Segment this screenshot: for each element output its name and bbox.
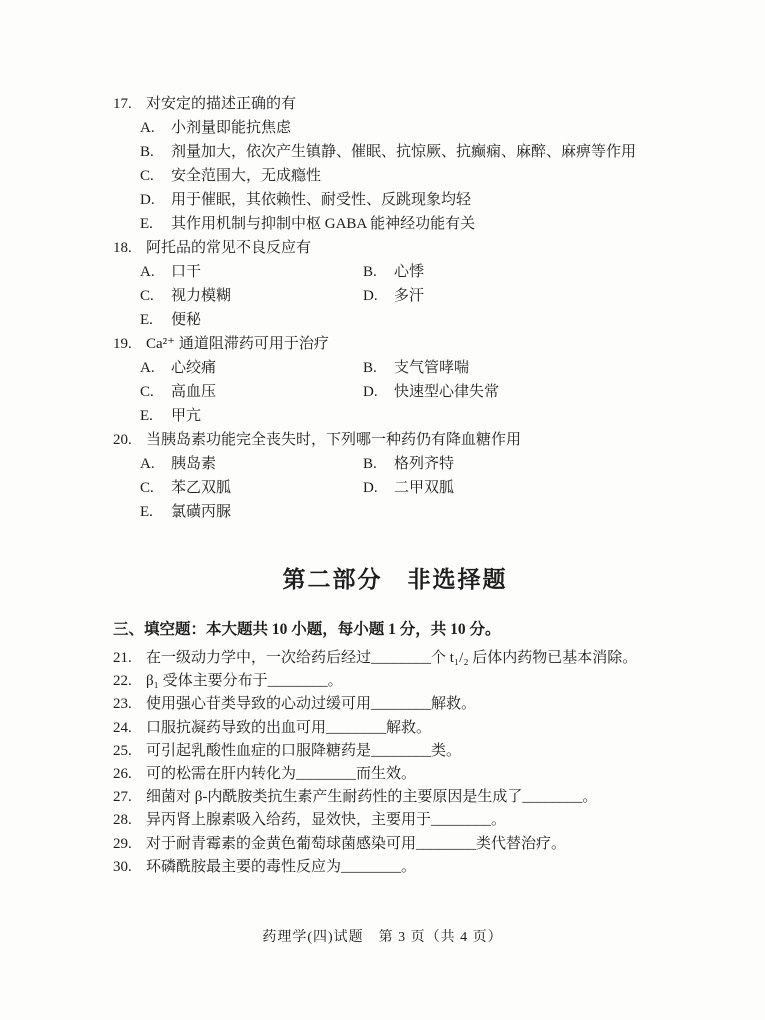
option-text: 视力模糊 [171,284,231,308]
fill-item-22: 22. β₁ 受体主要分布于________。 [113,670,677,693]
fill-item-text: 可引起乳酸性血症的口服降糖药是________类。 [146,740,461,763]
question-number: 30. [113,856,146,879]
question-number: 26. [113,763,146,786]
question-19: 19. Ca²⁺ 通道阻滞药可用于治疗 A. 心绞痛 B. 支气管哮喘 C. 高… [113,332,677,428]
option-a: A. 口干 [140,260,363,284]
option-text: 甲亢 [171,404,201,428]
question-number: 18. [113,236,146,260]
option-b: B. 剂量加大，依次产生镇静、催眠、抗惊厥、抗癫痫、麻醉、麻痹等作用 [140,140,677,164]
option-text: 苯乙双胍 [171,476,231,500]
exam-page-content: 17. 对安定的描述正确的有 A. 小剂量即能抗焦虑 B. 剂量加大，依次产生镇… [0,0,765,879]
options-list: A. 小剂量即能抗焦虑 B. 剂量加大，依次产生镇静、催眠、抗惊厥、抗癫痫、麻醉… [140,116,677,236]
fill-item-text: 使用强心苷类导致的心动过缓可用________解救。 [146,693,476,716]
option-a: A. 小剂量即能抗焦虑 [140,116,677,140]
option-text: 胰岛素 [171,452,216,476]
question-stem: 当胰岛素功能完全丧失时，下列哪一种药仍有降血糖作用 [146,428,677,452]
option-label: A. [140,356,171,380]
option-label: B. [363,452,394,476]
option-label: C. [140,164,171,188]
option-label: B. [363,356,394,380]
option-text: 其作用机制与抑制中枢 GABA 能神经功能有关 [171,212,475,236]
option-d: D. 用于催眠，其依赖性、耐受性、反跳现象均轻 [140,188,677,212]
option-e: E. 氯磺丙脲 [140,500,363,524]
fill-item-text: 口服抗凝药导致的出血可用________解救。 [146,717,431,740]
question-number: 20. [113,428,146,452]
option-label: D. [363,284,394,308]
option-label: C. [140,476,171,500]
option-d: D. 二甲双胍 [363,476,677,500]
fill-item-text: 异丙肾上腺素吸入给药，显效快，主要用于________。 [146,809,506,832]
question-stem: Ca²⁺ 通道阻滞药可用于治疗 [146,332,677,356]
option-text: 便秘 [171,308,201,332]
option-e: E. 便秘 [140,308,363,332]
option-text: 剂量加大，依次产生镇静、催眠、抗惊厥、抗癫痫、麻醉、麻痹等作用 [171,140,636,164]
option-text: 心悸 [394,260,424,284]
option-text: 支气管哮喘 [394,356,469,380]
question-number: 27. [113,786,146,809]
options-list: A. 心绞痛 B. 支气管哮喘 C. 高血压 D. 快速型心律失常 E. 甲亢 [140,356,677,428]
option-label: E. [140,212,171,236]
option-label: E. [140,404,171,428]
fill-item-text: β₁ 受体主要分布于________。 [146,670,343,693]
option-label: C. [140,380,171,404]
fill-section-header: 三、填空题：本大题共 10 小题，每小题 1 分，共 10 分。 [113,618,677,642]
option-a: A. 心绞痛 [140,356,363,380]
option-c: C. 安全范围大，无成瘾性 [140,164,677,188]
option-text: 快速型心律失常 [394,380,499,404]
option-label: A. [140,260,171,284]
question-number: 25. [113,740,146,763]
option-text: 多汗 [394,284,424,308]
question-number: 23. [113,693,146,716]
question-number: 19. [113,332,146,356]
fill-item-text: 细菌对 β-内酰胺类抗生素产生耐药性的主要原因是生成了________。 [146,786,597,809]
option-label: B. [363,260,394,284]
option-label: E. [140,308,171,332]
option-text: 用于催眠，其依赖性、耐受性、反跳现象均轻 [171,188,471,212]
option-b: B. 格列齐特 [363,452,677,476]
fill-item-28: 28. 异丙肾上腺素吸入给药，显效快，主要用于________。 [113,809,677,832]
option-label: A. [140,452,171,476]
option-label: C. [140,284,171,308]
option-text: 心绞痛 [171,356,216,380]
option-label: B. [140,140,171,164]
option-text: 安全范围大，无成瘾性 [171,164,321,188]
option-text: 格列齐特 [394,452,454,476]
option-b: B. 支气管哮喘 [363,356,677,380]
question-18: 18. 阿托品的常见不良反应有 A. 口干 B. 心悸 C. 视力模糊 D. 多… [113,236,677,332]
fill-item-29: 29. 对于耐青霉素的金黄色葡萄球菌感染可用________类代替治疗。 [113,833,677,856]
option-text: 小剂量即能抗焦虑 [171,116,291,140]
question-number: 22. [113,670,146,693]
question-20: 20. 当胰岛素功能完全丧失时，下列哪一种药仍有降血糖作用 A. 胰岛素 B. … [113,428,677,524]
option-e: E. 甲亢 [140,404,363,428]
question-number: 21. [113,647,146,670]
option-a: A. 胰岛素 [140,452,363,476]
option-b: B. 心悸 [363,260,677,284]
option-label: D. [363,476,394,500]
option-label: D. [363,380,394,404]
fill-item-text: 对于耐青霉素的金黄色葡萄球菌感染可用________类代替治疗。 [146,833,566,856]
option-e: E. 其作用机制与抑制中枢 GABA 能神经功能有关 [140,212,677,236]
option-label: A. [140,116,171,140]
option-c: C. 视力模糊 [140,284,363,308]
option-text: 高血压 [171,380,216,404]
options-list: A. 口干 B. 心悸 C. 视力模糊 D. 多汗 E. 便秘 [140,260,677,332]
fill-item-27: 27. 细菌对 β-内酰胺类抗生素产生耐药性的主要原因是生成了________。 [113,786,677,809]
question-stem: 阿托品的常见不良反应有 [146,236,677,260]
fill-item-text: 环磷酰胺最主要的毒性反应为________。 [146,856,416,879]
page-footer: 药理学(四)试题 第 3 页（共 4 页） [0,926,765,946]
fill-item-30: 30. 环磷酰胺最主要的毒性反应为________。 [113,856,677,879]
question-number: 17. [113,92,146,116]
option-d: D. 多汗 [363,284,677,308]
fill-item-23: 23. 使用强心苷类导致的心动过缓可用________解救。 [113,693,677,716]
options-list: A. 胰岛素 B. 格列齐特 C. 苯乙双胍 D. 二甲双胍 E. 氯磺丙脲 [140,452,677,524]
option-c: C. 高血压 [140,380,363,404]
fill-item-26: 26. 可的松需在肝内转化为________而生效。 [113,763,677,786]
option-c: C. 苯乙双胍 [140,476,363,500]
question-number: 28. [113,809,146,832]
fill-item-24: 24. 口服抗凝药导致的出血可用________解救。 [113,717,677,740]
option-text: 口干 [171,260,201,284]
question-17: 17. 对安定的描述正确的有 A. 小剂量即能抗焦虑 B. 剂量加大，依次产生镇… [113,92,677,236]
question-stem: 对安定的描述正确的有 [146,92,677,116]
question-number: 24. [113,717,146,740]
fill-item-text: 可的松需在肝内转化为________而生效。 [146,763,416,786]
fill-item-text: 在一级动力学中，一次给药后经过________个 t₁/₂ 后体内药物已基本消除… [146,647,637,670]
section-heading-part2: 第二部分 非选择题 [113,562,677,596]
question-number: 29. [113,833,146,856]
option-d: D. 快速型心律失常 [363,380,677,404]
fill-item-21: 21. 在一级动力学中，一次给药后经过________个 t₁/₂ 后体内药物已… [113,647,677,670]
option-label: E. [140,500,171,524]
option-label: D. [140,188,171,212]
fill-item-25: 25. 可引起乳酸性血症的口服降糖药是________类。 [113,740,677,763]
option-text: 二甲双胍 [394,476,454,500]
option-text: 氯磺丙脲 [171,500,231,524]
